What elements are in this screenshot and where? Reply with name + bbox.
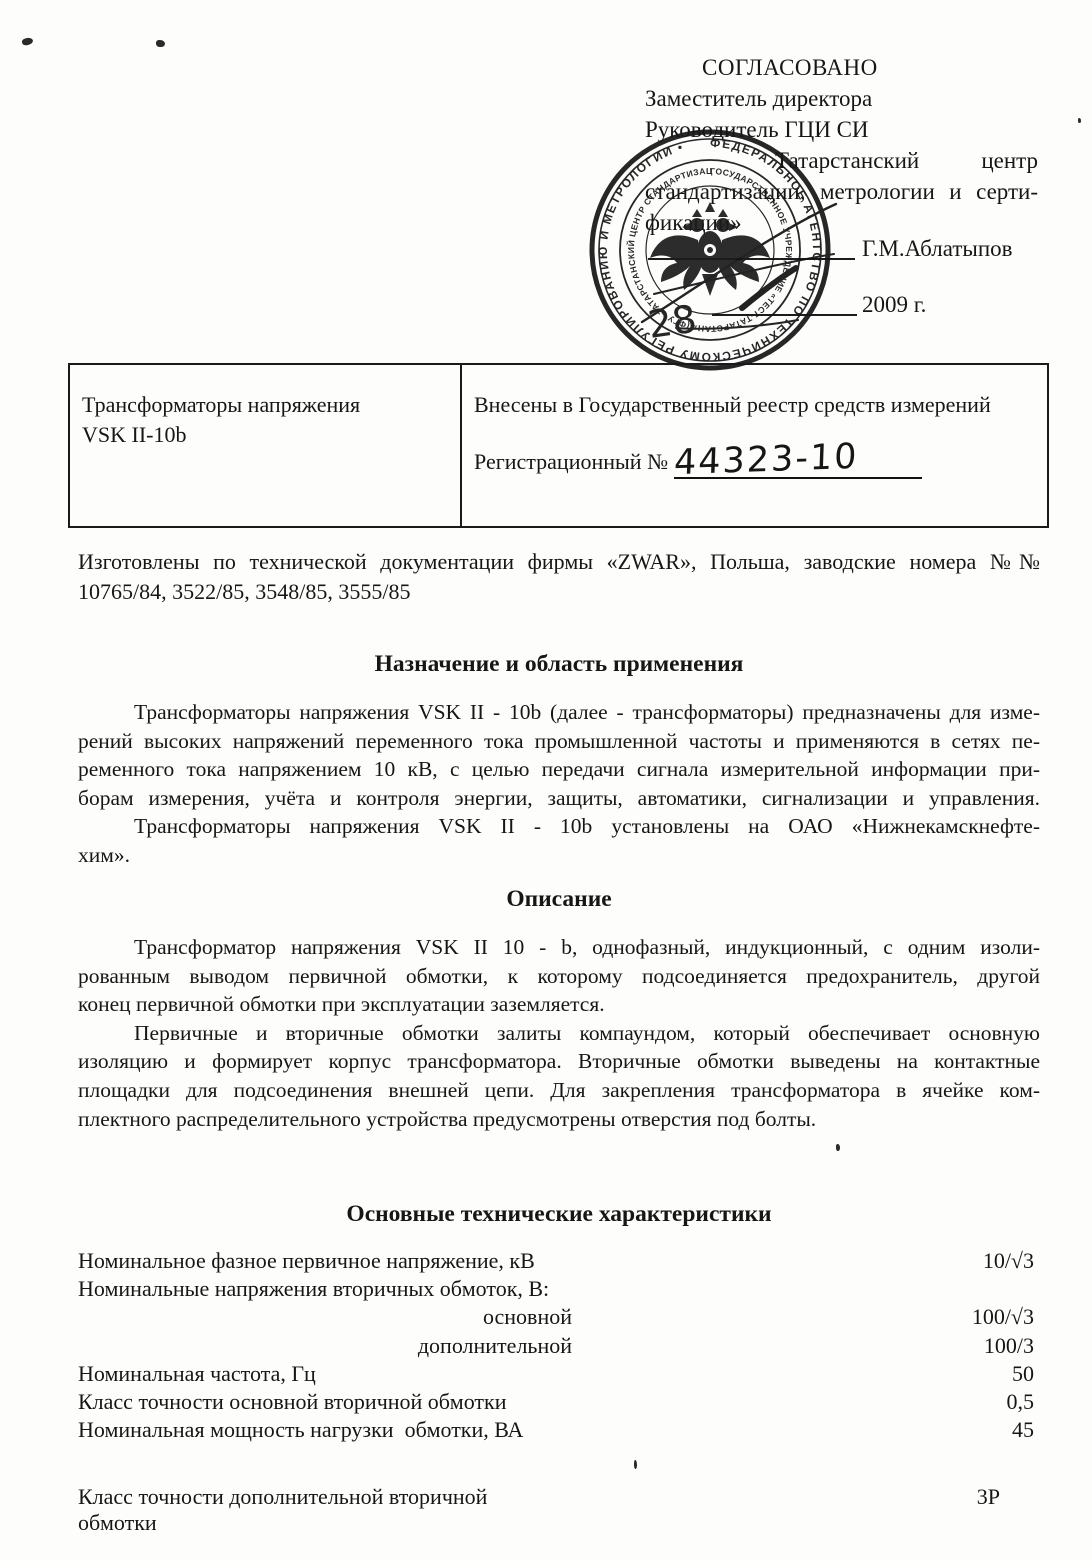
registration-number-underline: 44323-10 [674, 443, 922, 479]
characteristic-label: Номинальная мощность нагрузки обмотки, В… [78, 1416, 556, 1444]
ink-speck [1078, 118, 1081, 123]
characteristic-label: Номинальное фазное первичное напряжение,… [78, 1247, 556, 1275]
characteristic-label: дополнительной [78, 1332, 572, 1360]
description-line: рованным выводом первичной обмотки, к ко… [78, 962, 1040, 991]
characteristic-row: основной 100/√3 [78, 1303, 1040, 1331]
purpose-line: рений высоких напряжений переменного ток… [78, 727, 1040, 756]
characteristic-label: основной [78, 1303, 572, 1331]
characteristic-value: 50 [556, 1360, 1040, 1388]
characteristic-row: Номинальное фазное первичное напряжение,… [78, 1247, 1040, 1275]
manufacture-note-line1: Изготовлены по технической документации … [78, 547, 1040, 577]
description-line: изоляцию и формирует корпус трансформато… [78, 1047, 1040, 1076]
characteristic-label: Класс точности основной вторичной обмотк… [78, 1388, 556, 1416]
characteristic-value: 10/√3 [556, 1247, 1040, 1275]
purpose-line: ременного тока напряжением 10 кВ, с цель… [78, 755, 1040, 784]
description-line: Трансформатор напряжения VSK II 10 - b, … [78, 933, 1040, 962]
characteristic-value: 100/3 [572, 1332, 1040, 1360]
manufacture-note: Изготовлены по технической документации … [78, 547, 1040, 607]
description-line: Первичные и вторичные обмотки залиты ком… [78, 1019, 1040, 1048]
characteristic-row: Класс точности дополнительной вторичной … [78, 1484, 1040, 1536]
description-heading: Описание [78, 886, 1040, 913]
registry-table: Трансформаторы напряжения VSK II-10b Вне… [68, 363, 1049, 528]
description-line: площадки для подсоединения внешней цепи.… [78, 1076, 1040, 1105]
ink-speck [21, 37, 33, 47]
characteristic-label: Номинальная частота, Гц [78, 1360, 556, 1388]
round-stamp: ФЕДЕРАЛЬНОЕ АГЕНТСТВО ПО ТЕХНИЧЕСКОМУ РЕ… [584, 122, 852, 382]
characteristic-row: Номинальная мощность нагрузки обмотки, В… [78, 1416, 1040, 1444]
characteristic-row: дополнительной 100/3 [78, 1332, 1040, 1360]
device-name-line2: VSK II-10b [82, 420, 450, 450]
purpose-line: борам измерения, учёта и контроля энерги… [78, 784, 1040, 813]
characteristic-row: Класс точности основной вторичной обмотк… [78, 1388, 1040, 1416]
characteristic-label: Номинальные напряжения вторичных обмоток… [78, 1275, 556, 1303]
characteristic-row: Номинальная частота, Гц 50 [78, 1360, 1040, 1388]
purpose-text: Трансформаторы напряжения VSK II - 10b (… [78, 698, 1040, 870]
registry-entry-text: Внесены в Государственный реестр средств… [474, 390, 1039, 420]
stamp-handwritten-day: 28 [645, 297, 699, 347]
ink-speck [836, 1144, 840, 1151]
registry-entry-cell: Внесены в Государственный реестр средств… [462, 365, 1047, 526]
characteristic-label: Класс точности дополнительной вторичной … [78, 1484, 539, 1536]
characteristic-value: 3Р [539, 1484, 1040, 1536]
registration-number-handwritten: 44323-10 [674, 442, 859, 478]
description-line: конец первичной обмотки при эксплуатации… [78, 990, 1040, 1019]
description-line: плектного распределительного устройства … [78, 1105, 1040, 1134]
scanned-document-page: СОГЛАСОВАНО Заместитель директора Руково… [0, 0, 1092, 1560]
ink-speck [634, 1460, 637, 1469]
characteristic-row: Номинальные напряжения вторичных обмоток… [78, 1275, 1040, 1303]
characteristic-value: 0,5 [556, 1388, 1040, 1416]
purpose-line: Трансформаторы напряжения VSK II - 10b (… [78, 698, 1040, 727]
purpose-line: хим». [78, 841, 1040, 870]
purpose-line: Трансформаторы напряжения VSK II - 10b у… [78, 812, 1040, 841]
description-text: Трансформатор напряжения VSK II 10 - b, … [78, 933, 1040, 1133]
registration-number-label: Регистрационный № [474, 449, 668, 474]
approval-title: СОГЛАСОВАНО [702, 52, 1038, 83]
characteristics-list: Номинальное фазное первичное напряжение,… [78, 1247, 1040, 1444]
purpose-heading: Назначение и область применения [78, 651, 1040, 678]
signature-year: 2009 г. [862, 292, 926, 318]
approval-position-line1: Заместитель директора [645, 83, 1038, 114]
characteristic-value: 45 [556, 1416, 1040, 1444]
characteristic-value [556, 1275, 1040, 1303]
signatory-name: Г.М.Аблатыпов [862, 236, 1013, 262]
registry-device-cell: Трансформаторы напряжения VSK II-10b [70, 365, 462, 526]
ink-speck [156, 40, 165, 47]
manufacture-note-line2: 10765/84, 3522/85, 3548/85, 3555/85 [78, 577, 1040, 607]
device-name-line1: Трансформаторы напряжения [82, 390, 450, 420]
double-headed-eagle-emblem [650, 202, 770, 296]
registration-number-row: Регистрационный №44323-10 [474, 443, 1039, 479]
characteristics-heading: Основные технические характеристики [78, 1201, 1040, 1228]
characteristic-value: 100/√3 [572, 1303, 1040, 1331]
